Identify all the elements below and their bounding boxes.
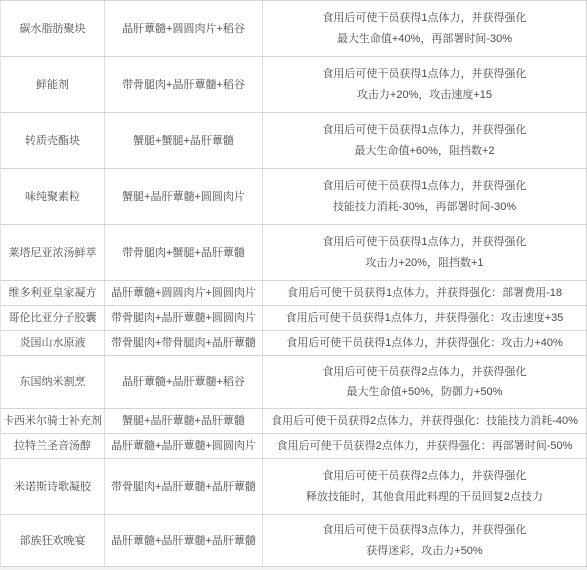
effects-cell: 食用后可使干员获得1点体力，并获得强化攻击力+20%，攻击速度+15 [263,57,586,112]
effect-line: 最大生命值+50%，防御力+50% [347,385,503,399]
effects-cell: 食用后可使干员获得2点体力，并获得强化：技能技力消耗-40% [263,409,586,433]
food-name-cell: 部族狂欢晚宴 [1,515,105,566]
effects-cell: 食用后可使干员获得1点体力，并获得强化技能技力消耗-30%，再部署时间-30% [263,169,586,224]
ingredients-cell: 晶肝蕈髓+圆圆肉片+稻谷 [105,1,263,56]
food-name-cell: 莱塔尼亚浓汤鲜萃 [1,225,105,280]
food-name-cell: 碳水脂肪聚块 [1,1,105,56]
effect-line: 食用后可使干员获得1点体力，并获得强化 [322,67,526,81]
food-name-cell: 哥伦比亚分子胶囊 [1,306,105,330]
table-row: 莱塔尼亚浓汤鲜萃带骨腿肉+蟹腿+晶肝蕈髓食用后可使干员获得1点体力，并获得强化攻… [1,225,586,281]
food-name-cell: 炎国山水原液 [1,331,105,355]
effect-line: 食用后可使干员获得1点体力，并获得强化：攻击力+40% [286,336,563,350]
ingredients-cell: 带骨腿肉+晶肝蕈髓+晶肝蕈髓 [105,459,263,514]
effects-cell: 食用后可使干员获得2点体力，并获得强化：再部署时间-50% [263,434,586,458]
effect-line: 食用后可使干员获得2点体力，并获得强化：再部署时间-50% [277,439,573,453]
ingredients-cell: 晶肝蕈髓+晶肝蕈髓+晶肝蕈髓 [105,515,263,566]
effect-line: 最大生命值+40%，再部署时间-30% [337,32,512,46]
effects-cell: 食用后可使干员获得1点体力，并获得强化最大生命值+60%，阻挡数+2 [263,113,586,168]
effects-cell: 食用后可使干员获得1点体力，并获得强化最大生命值+40%，再部署时间-30% [263,1,586,56]
table-row: 米诺斯诗歌凝胶带骨腿肉+晶肝蕈髓+晶肝蕈髓食用后可使干员获得2点体力，并获得强化… [1,459,586,515]
food-name-cell: 转质壳酯块 [1,113,105,168]
food-name-cell: 维多利亚皇家凝方 [1,281,105,305]
ingredients-cell: 带骨腿肉+晶肝蕈髓+圆圆肉片 [105,306,263,330]
recipe-table: 碳水脂肪聚块晶肝蕈髓+圆圆肉片+稻谷食用后可使干员获得1点体力，并获得强化最大生… [0,0,587,567]
ingredients-cell: 晶肝蕈髓+晶肝蕈髓+圆圆肉片 [105,434,263,458]
effect-line: 食用后可使干员获得1点体力，并获得强化 [322,179,526,193]
table-row: 东国纳米割烹晶肝蕈髓+晶肝蕈髓+稻谷食用后可使干员获得2点体力，并获得强化最大生… [1,356,586,409]
effects-cell: 食用后可使干员获得1点体力，并获得强化：攻击速度+35 [263,306,586,330]
effects-cell: 食用后可使干员获得1点体力，并获得强化：部署费用-18 [263,281,586,305]
effect-line: 食用后可使干员获得1点体力，并获得强化：攻击速度+35 [286,311,564,325]
effect-line: 食用后可使干员获得3点体力，并获得强化 [322,523,526,537]
effect-line: 获得迷彩，攻击力+50% [366,544,482,558]
table-row: 炎国山水原液带骨腿肉+带骨腿肉+晶肝蕈髓食用后可使干员获得1点体力，并获得强化：… [1,331,586,356]
ingredients-cell: 带骨腿肉+蟹腿+晶肝蕈髓 [105,225,263,280]
food-name-cell: 鲜能剂 [1,57,105,112]
effect-line: 技能技力消耗-30%，再部署时间-30% [333,200,516,214]
effect-line: 最大生命值+60%，阻挡数+2 [355,144,495,158]
table-row: 哥伦比亚分子胶囊带骨腿肉+晶肝蕈髓+圆圆肉片食用后可使干员获得1点体力，并获得强… [1,306,586,331]
table-row: 鲜能剂带骨腿肉+晶肝蕈髓+稻谷食用后可使干员获得1点体力，并获得强化攻击力+20… [1,57,586,113]
ingredients-cell: 晶肝蕈髓+晶肝蕈髓+稻谷 [105,356,263,408]
effect-line: 食用后可使干员获得2点体力，并获得强化 [322,365,526,379]
table-row: 转质壳酯块蟹腿+蟹腿+晶肝蕈髓食用后可使干员获得1点体力，并获得强化最大生命值+… [1,113,586,169]
food-name-cell: 味纯聚素粒 [1,169,105,224]
ingredients-cell: 蟹腿+晶肝蕈髓+晶肝蕈髓 [105,409,263,433]
effects-cell: 食用后可使干员获得1点体力，并获得强化攻击力+20%，阻挡数+1 [263,225,586,280]
table-row: 部族狂欢晚宴晶肝蕈髓+晶肝蕈髓+晶肝蕈髓食用后可使干员获得3点体力，并获得强化获… [1,515,586,567]
effect-line: 食用后可使干员获得1点体力，并获得强化 [322,123,526,137]
table-row: 拉特兰圣音汤醇晶肝蕈髓+晶肝蕈髓+圆圆肉片食用后可使干员获得2点体力，并获得强化… [1,434,586,459]
effect-line: 食用后可使干员获得1点体力，并获得强化：部署费用-18 [287,286,562,300]
effects-cell: 食用后可使干员获得2点体力，并获得强化最大生命值+50%，防御力+50% [263,356,586,408]
effect-line: 攻击力+20%，攻击速度+15 [357,88,492,102]
table-row: 味纯聚素粒蟹腿+晶肝蕈髓+圆圆肉片食用后可使干员获得1点体力，并获得强化技能技力… [1,169,586,225]
effect-line: 食用后可使干员获得1点体力，并获得强化 [322,235,526,249]
ingredients-cell: 蟹腿+蟹腿+晶肝蕈髓 [105,113,263,168]
ingredients-cell: 带骨腿肉+晶肝蕈髓+稻谷 [105,57,263,112]
food-name-cell: 米诺斯诗歌凝胶 [1,459,105,514]
ingredients-cell: 带骨腿肉+带骨腿肉+晶肝蕈髓 [105,331,263,355]
food-name-cell: 拉特兰圣音汤醇 [1,434,105,458]
effect-line: 食用后可使干员获得2点体力，并获得强化：技能技力消耗-40% [271,414,578,428]
ingredients-cell: 晶肝蕈髓+圆圆肉片+圆圆肉片 [105,281,263,305]
effects-cell: 食用后可使干员获得1点体力，并获得强化：攻击力+40% [263,331,586,355]
effects-cell: 食用后可使干员获得3点体力，并获得强化获得迷彩，攻击力+50% [263,515,586,566]
table-row: 卡西米尔骑士补充剂蟹腿+晶肝蕈髓+晶肝蕈髓食用后可使干员获得2点体力，并获得强化… [1,409,586,434]
food-name-cell: 卡西米尔骑士补充剂 [1,409,105,433]
effect-line: 释放技能时，其他食用此料理的干员回复2点技力 [306,490,543,504]
effect-line: 攻击力+20%，阻挡数+1 [366,256,484,270]
table-row: 碳水脂肪聚块晶肝蕈髓+圆圆肉片+稻谷食用后可使干员获得1点体力，并获得强化最大生… [1,1,586,57]
effect-line: 食用后可使干员获得1点体力，并获得强化 [322,11,526,25]
ingredients-cell: 蟹腿+晶肝蕈髓+圆圆肉片 [105,169,263,224]
table-row: 维多利亚皇家凝方晶肝蕈髓+圆圆肉片+圆圆肉片食用后可使干员获得1点体力，并获得强… [1,281,586,306]
food-name-cell: 东国纳米割烹 [1,356,105,408]
effects-cell: 食用后可使干员获得2点体力，并获得强化释放技能时，其他食用此料理的干员回复2点技… [263,459,586,514]
effect-line: 食用后可使干员获得2点体力，并获得强化 [322,469,526,483]
